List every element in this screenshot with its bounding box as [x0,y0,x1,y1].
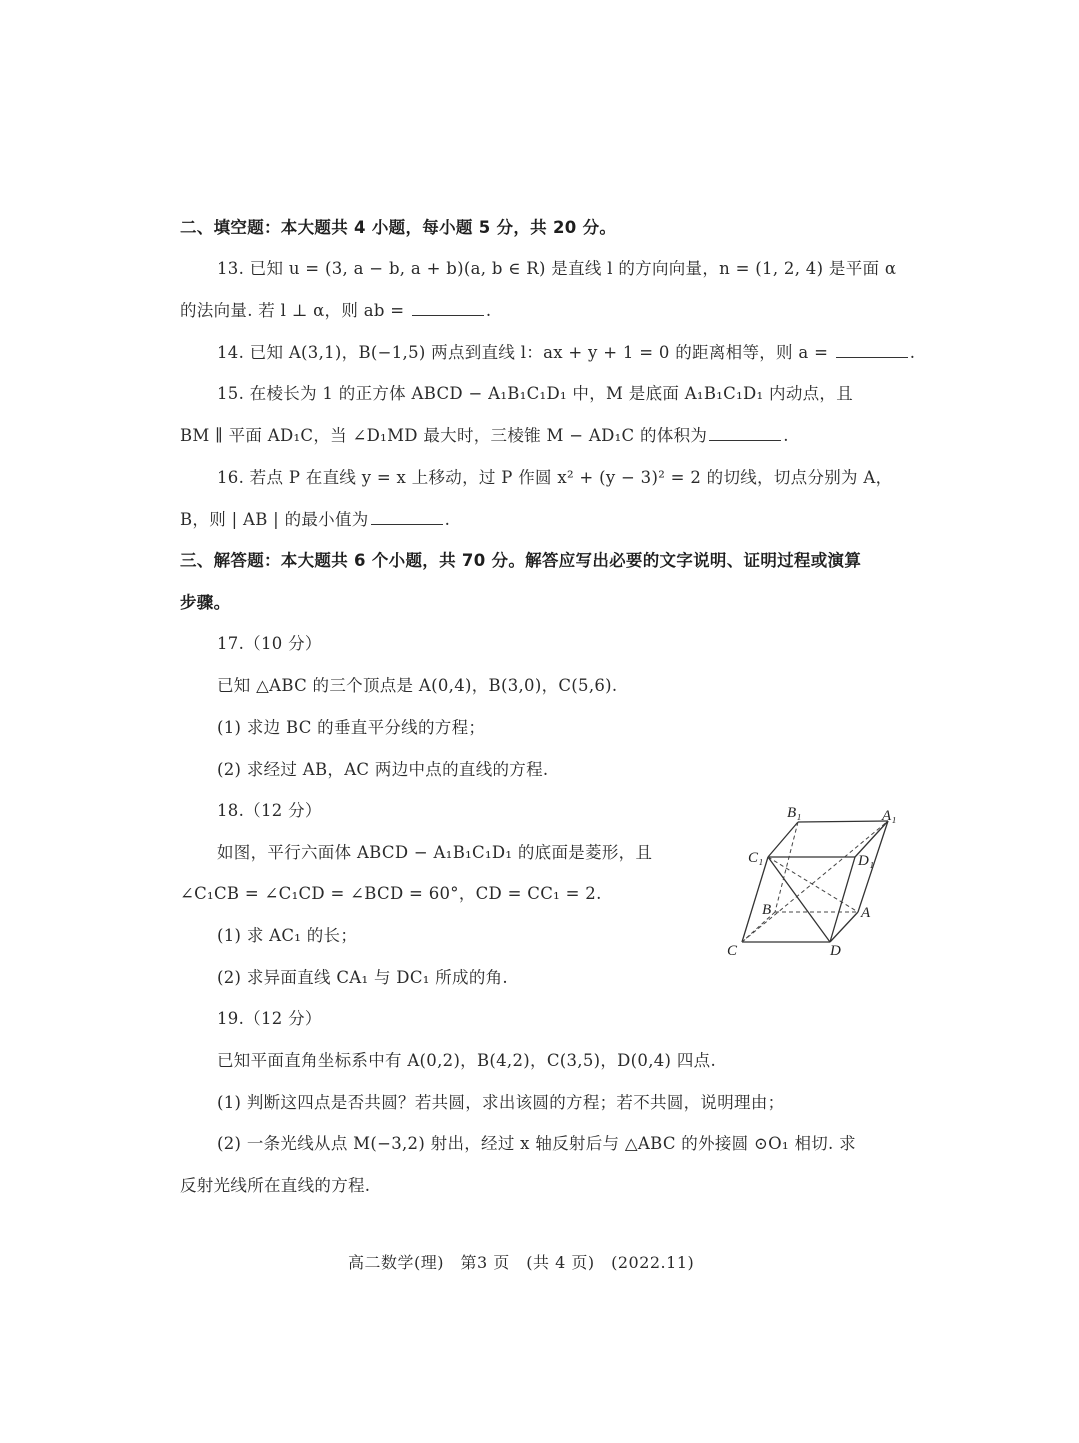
q17-part1: (1) 求边 BC 的垂直平分线的方程； [217,716,937,740]
q15-answer-blank[interactable] [709,426,781,441]
q13-answer-blank[interactable] [412,301,484,316]
label-D: D [829,943,841,959]
q15-line2: BM ∥ 平面 AD₁C，当 ∠D₁MD 最大时，三棱锥 M − AD₁C 的体… [180,424,900,448]
q15-text: BM ∥ 平面 AD₁C，当 ∠D₁MD 最大时，三棱锥 M − AD₁C 的体… [180,426,707,445]
q17-part2: (2) 求经过 AB，AC 两边中点的直线的方程. [217,758,937,782]
q19-part2-line2: 反射光线所在直线的方程. [180,1174,900,1198]
q13-line2: 的法向量. 若 l ⊥ α，则 ab = . [180,299,900,323]
q16-text: B，则 | AB | 的最小值为 [180,510,369,529]
q16-line2: B，则 | AB | 的最小值为. [180,508,900,532]
q16-line1: 16. 若点 P 在直线 y = x 上移动，过 P 作圆 x² + (y − … [217,466,937,490]
q16-period: . [445,510,451,529]
q13-text: 的法向量. 若 l ⊥ α，则 ab = [180,301,410,320]
q14-text: 14. 已知 A(3,1)，B(−1,5) 两点到直线 l：ax + y + 1… [217,343,834,362]
section3-heading-line2: 步骤。 [180,591,900,615]
page-footer: 高二数学(理) 第3 页 (共 4 页) (2022.11) [348,1250,694,1273]
q16-answer-blank[interactable] [371,510,443,525]
section3-heading-line1: 三、解答题：本大题共 6 个小题，共 70 分。解答应写出必要的文字说明、证明过… [180,549,900,573]
q18-part2: (2) 求异面直线 CA₁ 与 DC₁ 所成的角. [217,966,937,990]
label-C: C [727,943,738,959]
label-B: B [762,902,771,918]
q19-part2-line1: (2) 一条光线从点 M(−3,2) 射出，经过 x 轴反射后与 △ABC 的外… [217,1132,937,1156]
label-A1: A₁ [881,808,896,824]
section2-heading: 二、填空题：本大题共 4 小题，每小题 5 分，共 20 分。 [180,216,900,240]
label-D1: D₁ [857,853,874,869]
parallelepiped-figure: B₁ A₁ C₁ D₁ B A C D [715,795,915,965]
q14-period: . [910,343,916,362]
q19-part1: (1) 判断这四点是否共圆？若共圆，求出该圆的方程；若不共圆，说明理由； [217,1091,937,1115]
label-C1: C₁ [748,850,763,866]
q15-period: . [783,426,789,445]
q14-line1: 14. 已知 A(3,1)，B(−1,5) 两点到直线 l：ax + y + 1… [217,341,937,365]
label-A: A [860,905,871,921]
q19-title: 19.（12 分） [217,1007,937,1031]
q17-stem: 已知 △ABC 的三个顶点是 A(0,4)，B(3,0)，C(5,6). [217,674,937,698]
q13-period: . [486,301,492,320]
q13-line1: 13. 已知 u = (3, a − b, a + b)(a, b ∈ R) 是… [217,257,937,281]
q15-line1: 15. 在棱长为 1 的正方体 ABCD − A₁B₁C₁D₁ 中，M 是底面 … [217,382,937,406]
q17-title: 17.（10 分） [217,632,937,656]
q19-stem: 已知平面直角坐标系中有 A(0,2)，B(4,2)，C(3,5)，D(0,4) … [217,1049,937,1073]
q14-answer-blank[interactable] [836,343,908,358]
label-B1: B₁ [787,805,801,821]
